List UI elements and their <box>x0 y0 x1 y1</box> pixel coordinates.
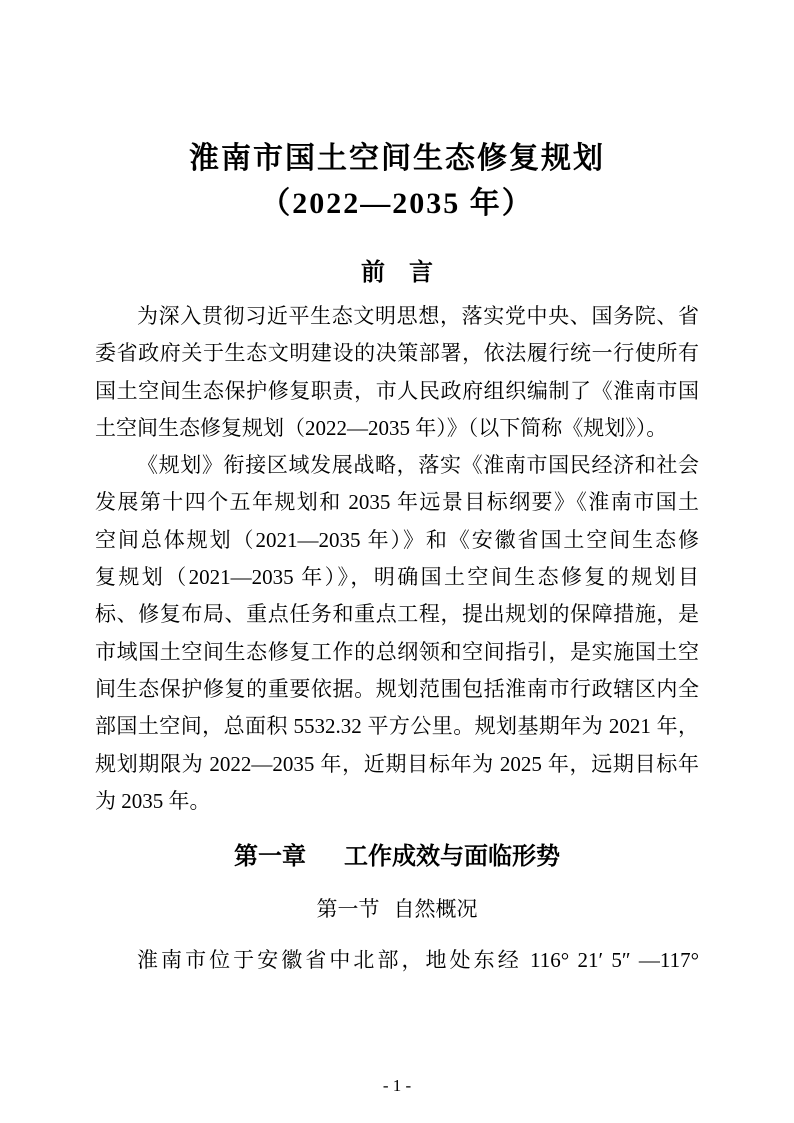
section-1-paragraph: 淮南市位于安徽省中北部，地处东经 116° 21′ 5″ —117° <box>95 942 699 979</box>
document-title: 淮南市国土空间生态修复规划 （2022—2035 年） <box>95 136 699 226</box>
preface-paragraph-2: 《规划》衔接区域发展战略，落实《淮南市国民经济和社会发展第十四个五年规划和 20… <box>95 447 699 820</box>
section-1-heading: 第一节 自然概况 <box>95 894 699 924</box>
chapter-1-title: 工作成效与面临形势 <box>344 841 560 873</box>
chapter-1-heading: 第一章 工作成效与面临形势 <box>95 841 699 873</box>
section-1-title: 自然概况 <box>394 894 478 924</box>
section-1-number: 第一节 <box>317 894 380 924</box>
document-content: 淮南市国土空间生态修复规划 （2022—2035 年） 前 言 为深入贯彻习近平… <box>95 136 699 979</box>
text-line: 为深入贯彻习近平生态文明思想，落实党中央、国务院、省 <box>95 298 699 335</box>
document-page: 淮南市国土空间生态修复规划 （2022—2035 年） 前 言 为深入贯彻习近平… <box>0 0 794 1123</box>
text-line: 委省政府关于生态文明建设的决策部署，依法履行统一行使所有 <box>95 335 699 372</box>
text-line: 复规划（2021—2035 年）》，明确国土空间生态修复的规划目 <box>95 559 699 596</box>
text-line: 市域国土空间生态修复工作的总纲领和空间指引，是实施国土空 <box>95 634 699 671</box>
document-title-line2: （2022—2035 年） <box>95 181 699 226</box>
text-line: 间生态保护修复的重要依据。规划范围包括淮南市行政辖区内全 <box>95 671 699 708</box>
text-line: 为 2035 年。 <box>95 783 699 820</box>
text-line: 部国土空间，总面积 5532.32 平方公里。规划基期年为 2021 年， <box>95 708 699 745</box>
text-line: 标、修复布局、重点任务和重点工程，提出规划的保障措施，是 <box>95 596 699 633</box>
preface-paragraph-1: 为深入贯彻习近平生态文明思想，落实党中央、国务院、省委省政府关于生态文明建设的决… <box>95 298 699 447</box>
text-line: 规划期限为 2022—2035 年，近期目标年为 2025 年，远期目标年 <box>95 746 699 783</box>
text-line: 国土空间生态保护修复职责，市人民政府组织编制了《淮南市国 <box>95 373 699 410</box>
document-title-line1: 淮南市国土空间生态修复规划 <box>95 136 699 181</box>
text-line: 空间总体规划（2021—2035 年）》和《安徽省国土空间生态修 <box>95 522 699 559</box>
text-line: 淮南市位于安徽省中北部，地处东经 116° 21′ 5″ —117° <box>95 942 699 979</box>
chapter-1-number: 第一章 <box>234 841 306 873</box>
text-line: 《规划》衔接区域发展战略，落实《淮南市国民经济和社会 <box>95 447 699 484</box>
text-line: 发展第十四个五年规划和 2035 年远景目标纲要》《淮南市国土 <box>95 484 699 521</box>
page-number: - 1 - <box>0 1076 794 1096</box>
preface-heading: 前 言 <box>95 258 699 288</box>
text-line: 土空间生态修复规划（2022—2035 年）》（以下简称《规划》）。 <box>95 410 699 447</box>
